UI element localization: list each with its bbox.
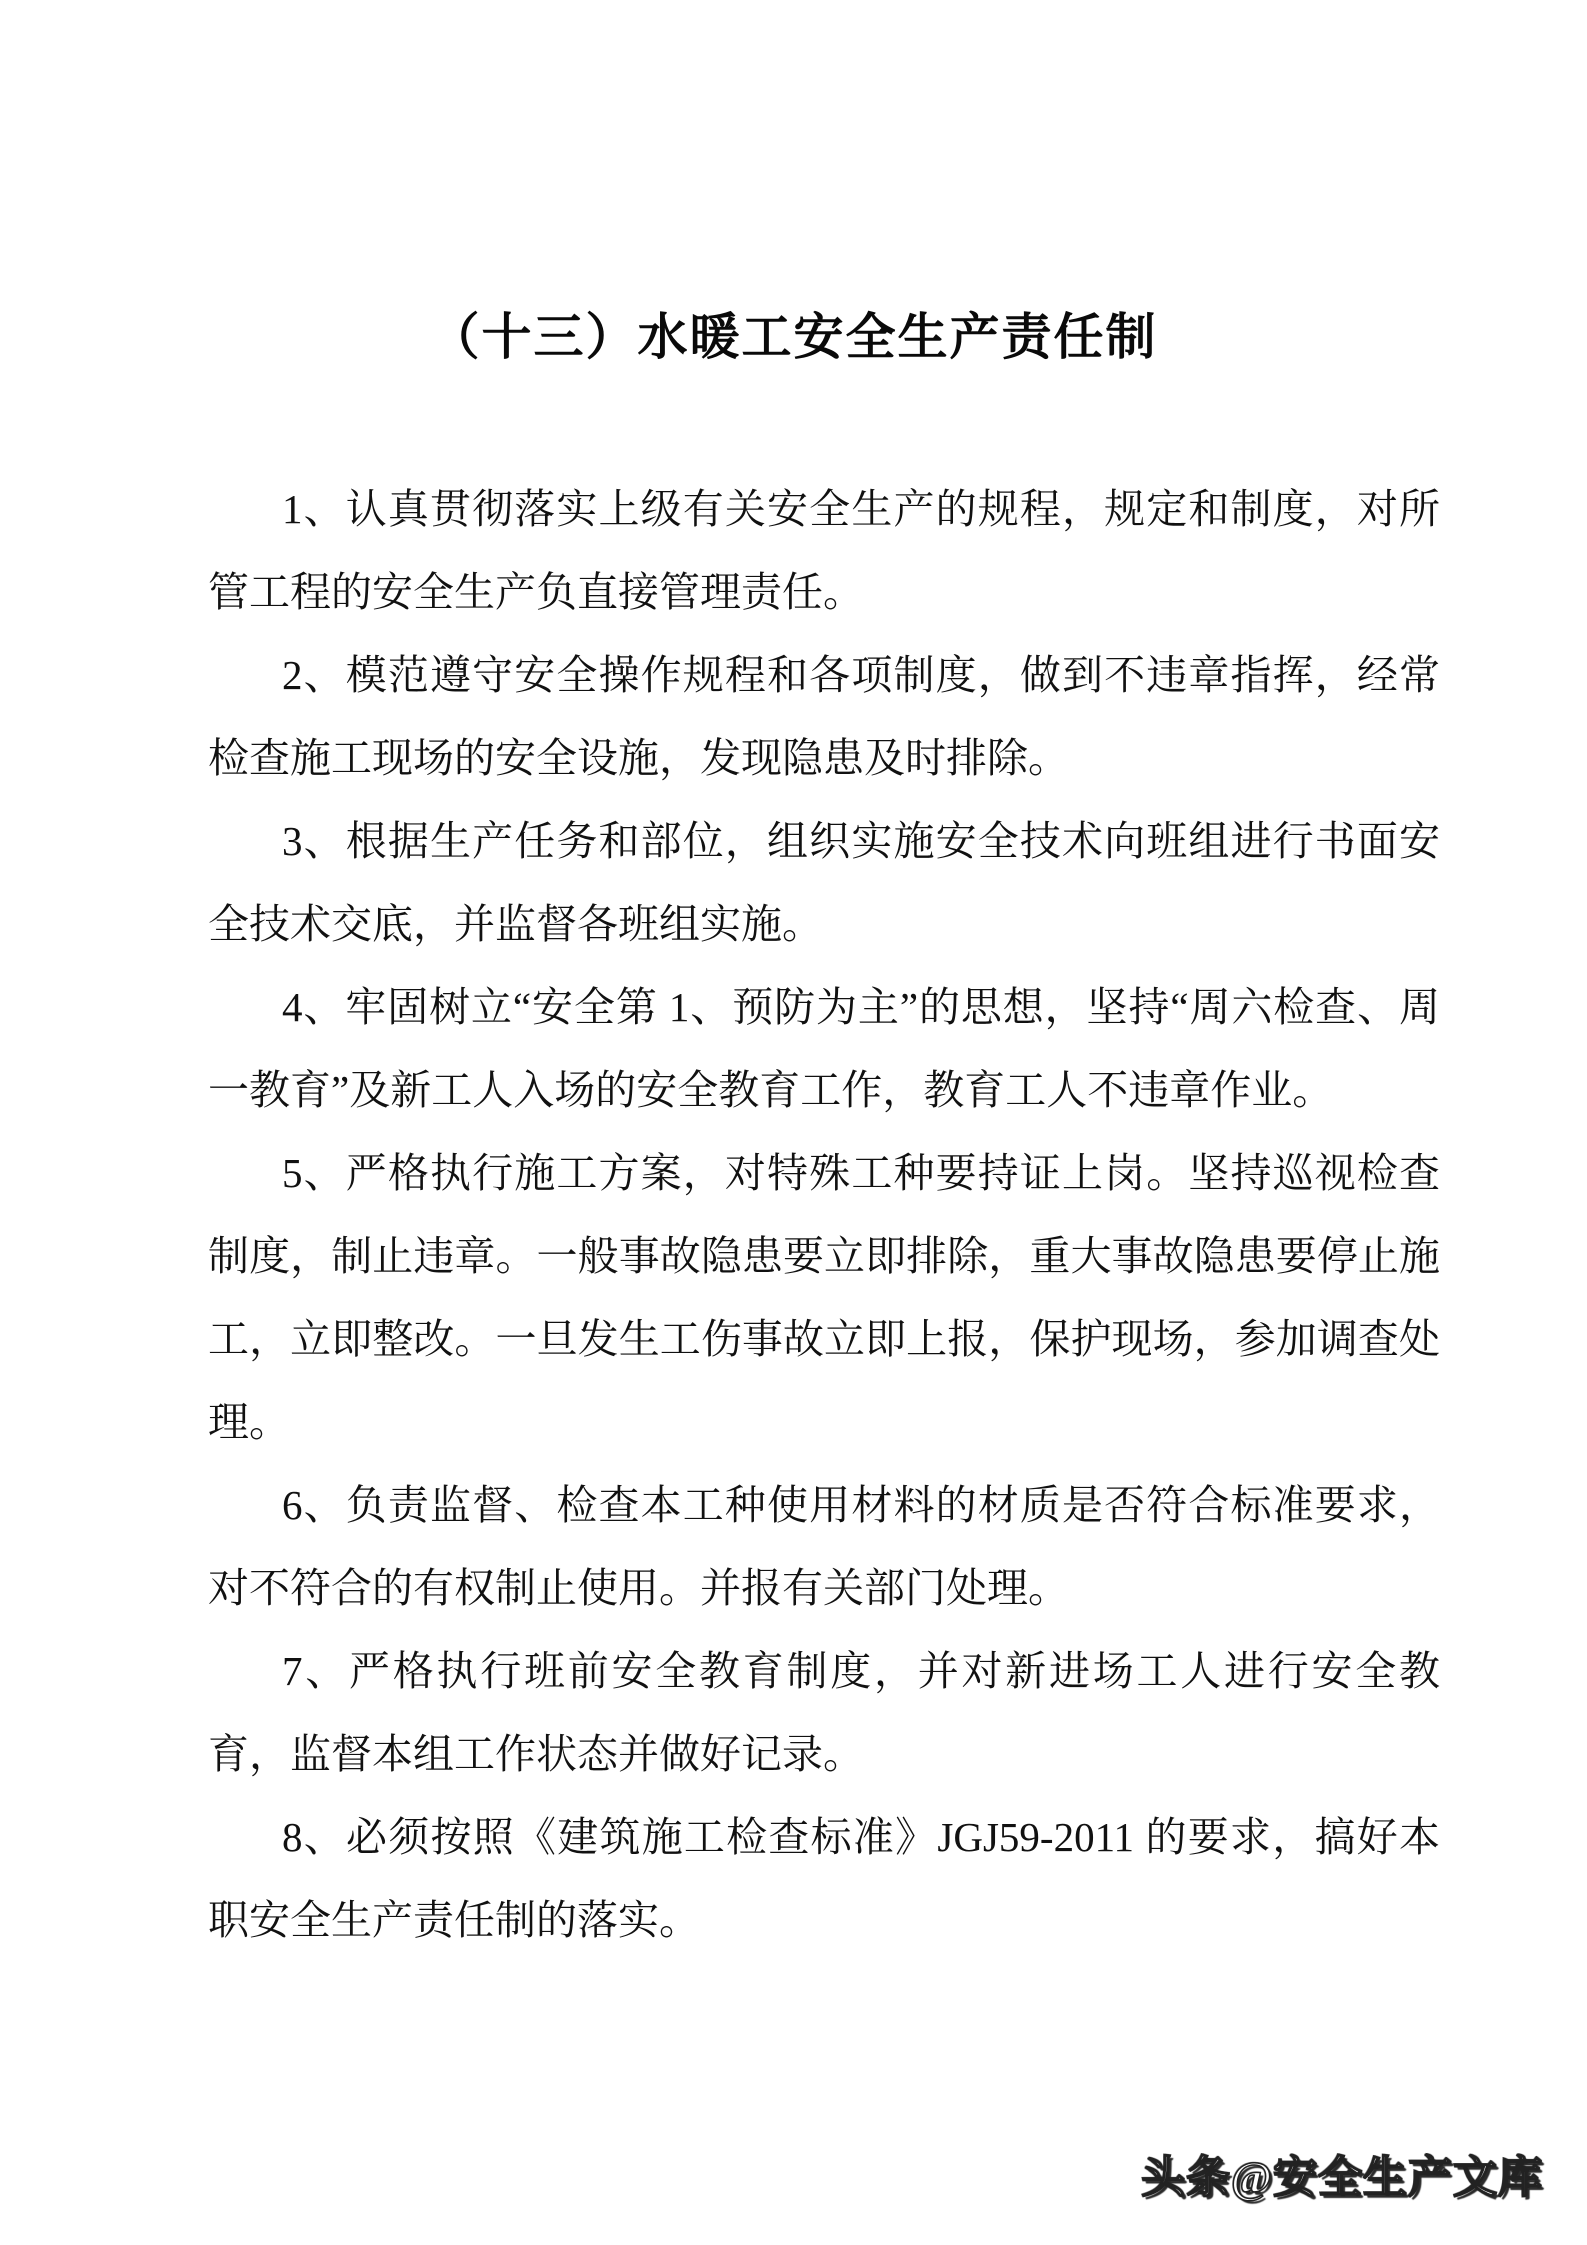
paragraph: 6、负责监督、检查本工种使用材料的材质是否符合标准要求，对不符合的有权制止使用。… [208,1464,1440,1630]
paragraph: 4、牢固树立“安全第 1、预防为主”的思想，坚持“周六检查、周一教育”及新工人入… [208,966,1440,1132]
paragraph: 5、严格执行施工方案，对特殊工种要持证上岗。坚持巡视检查制度，制止违章。一般事故… [208,1132,1440,1464]
watermark: 头条@安全生产文库 [1141,2141,1543,2205]
paragraph: 8、必须按照《建筑施工检查标准》JGJ59-2011 的要求，搞好本职安全生产责… [208,1796,1440,1962]
paragraph: 2、模范遵守安全操作规程和各项制度，做到不违章指挥，经常检查施工现场的安全设施，… [208,634,1440,800]
document-body: 1、认真贯彻落实上级有关安全生产的规程，规定和制度，对所管工程的安全生产负直接管… [208,468,1440,1962]
document-title: （十三）水暖工安全生产责任制 [0,0,1587,368]
paragraph: 3、根据生产任务和部位，组织实施安全技术向班组进行书面安全技术交底，并监督各班组… [208,800,1440,966]
paragraph: 7、严格执行班前安全教育制度，并对新进场工人进行安全教育，监督本组工作状态并做好… [208,1630,1440,1796]
document-page: （十三）水暖工安全生产责任制 1、认真贯彻落实上级有关安全生产的规程，规定和制度… [0,0,1587,2245]
paragraph: 1、认真贯彻落实上级有关安全生产的规程，规定和制度，对所管工程的安全生产负直接管… [208,468,1440,634]
